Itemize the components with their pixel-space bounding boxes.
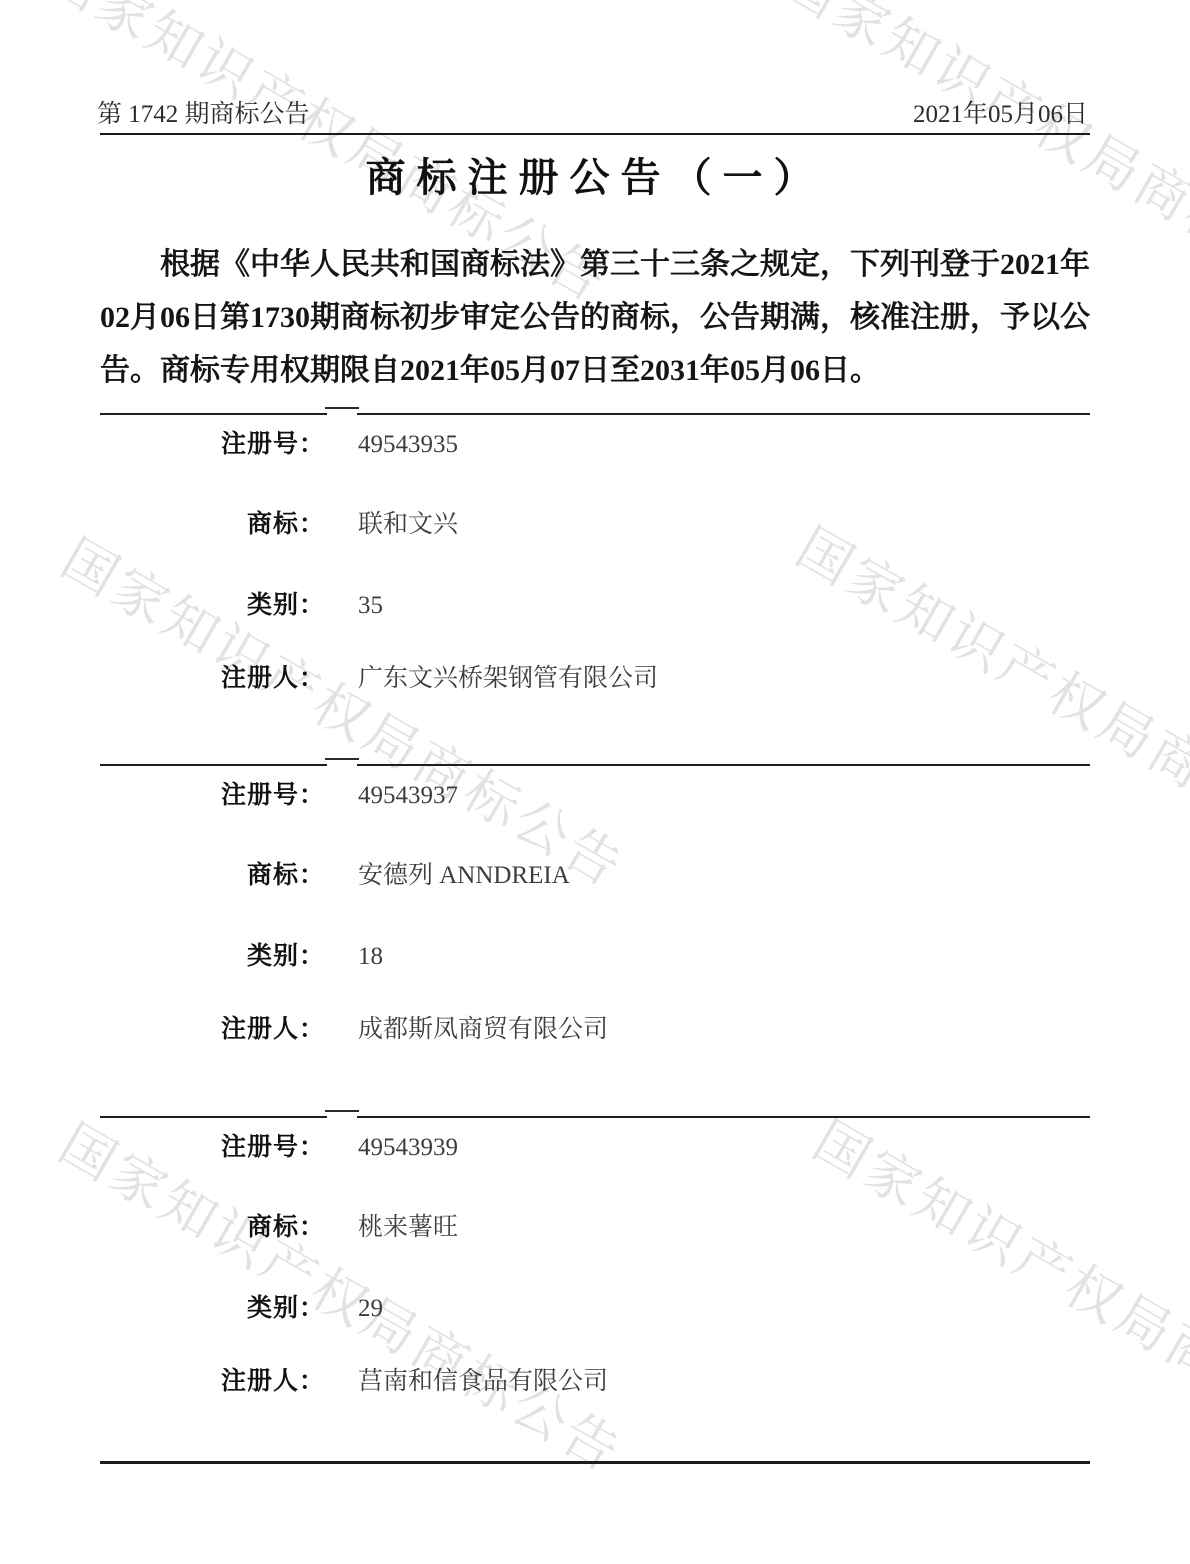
registrant-value: 成都斯凤商贸有限公司 — [358, 1014, 608, 1046]
trademark-label: 商标： — [100, 509, 325, 541]
scan-artifact — [325, 1110, 359, 1112]
reg-no-value: 49543935 — [358, 429, 458, 461]
bottom-rule — [100, 1461, 1090, 1464]
publication-date: 2021年05月06日 — [913, 94, 1088, 130]
trademark-label: 商标： — [100, 860, 325, 892]
category-value: 29 — [358, 1293, 383, 1325]
separator-rule — [100, 413, 1090, 415]
scan-artifact — [327, 412, 357, 416]
category-row: 类别： 29 — [100, 1293, 1090, 1325]
reg-no-value: 49543939 — [358, 1132, 458, 1164]
category-row: 类别： 18 — [100, 941, 1090, 973]
reg-no-label: 注册号： — [100, 429, 325, 461]
category-label: 类别： — [100, 590, 325, 622]
registrant-row: 注册人： 广东文兴桥架钢管有限公司 — [100, 663, 1090, 695]
reg-no-row: 注册号： 49543935 — [100, 429, 1090, 461]
registrant-value: 莒南和信食品有限公司 — [358, 1366, 608, 1398]
trademark-value: 桃来薯旺 — [358, 1212, 458, 1244]
separator-rule — [100, 764, 1090, 766]
reg-no-label: 注册号： — [100, 1132, 325, 1164]
reg-no-row: 注册号： 49543939 — [100, 1132, 1090, 1164]
header-rule — [100, 133, 1090, 135]
category-label: 类别： — [100, 941, 325, 973]
trademark-value: 安德列 ANNDREIA — [358, 860, 570, 892]
intro-paragraph: 根据《中华人民共和国商标法》第三十三条之规定，下列刊登于2021年02月06日第… — [100, 238, 1090, 397]
trademark-entry: 注册号： 49543937 商标： 安德列 ANNDREIA 类别： 18 注册… — [100, 764, 1090, 1064]
trademark-entry: 注册号： 49543935 商标： 联和文兴 类别： 35 注册人： 广东文兴桥… — [100, 413, 1090, 713]
registrant-label: 注册人： — [100, 1014, 325, 1046]
reg-no-label: 注册号： — [100, 780, 325, 812]
category-value: 35 — [358, 590, 383, 622]
trademark-row: 商标： 桃来薯旺 — [100, 1212, 1090, 1244]
registrant-label: 注册人： — [100, 1366, 325, 1398]
issue-label: 第 1742 期商标公告 — [97, 94, 310, 130]
category-row: 类别： 35 — [100, 590, 1090, 622]
trademark-row: 商标： 联和文兴 — [100, 509, 1090, 541]
trademark-value: 联和文兴 — [358, 509, 458, 541]
trademark-row: 商标： 安德列 ANNDREIA — [100, 860, 1090, 892]
registrant-row: 注册人： 成都斯凤商贸有限公司 — [100, 1014, 1090, 1046]
reg-no-value: 49543937 — [358, 780, 458, 812]
reg-no-row: 注册号： 49543937 — [100, 780, 1090, 812]
category-label: 类别： — [100, 1293, 325, 1325]
scan-artifact — [325, 758, 359, 760]
trademark-label: 商标： — [100, 1212, 325, 1244]
registrant-label: 注册人： — [100, 663, 325, 695]
registrant-row: 注册人： 莒南和信食品有限公司 — [100, 1366, 1090, 1398]
trademark-entry: 注册号： 49543939 商标： 桃来薯旺 类别： 29 注册人： 莒南和信食… — [100, 1116, 1090, 1416]
scan-artifact — [327, 1115, 357, 1119]
scan-artifact — [325, 407, 359, 409]
separator-rule — [100, 1116, 1090, 1118]
gazette-page: 国家知识产权局商标公告 国家知识产权局商标公告 国家知识产权局商标公告 国家知识… — [0, 0, 1190, 1564]
category-value: 18 — [358, 941, 383, 973]
registrant-value: 广东文兴桥架钢管有限公司 — [358, 663, 658, 695]
scan-artifact — [327, 763, 357, 767]
page-title: 商标注册公告（一） — [100, 146, 1090, 203]
